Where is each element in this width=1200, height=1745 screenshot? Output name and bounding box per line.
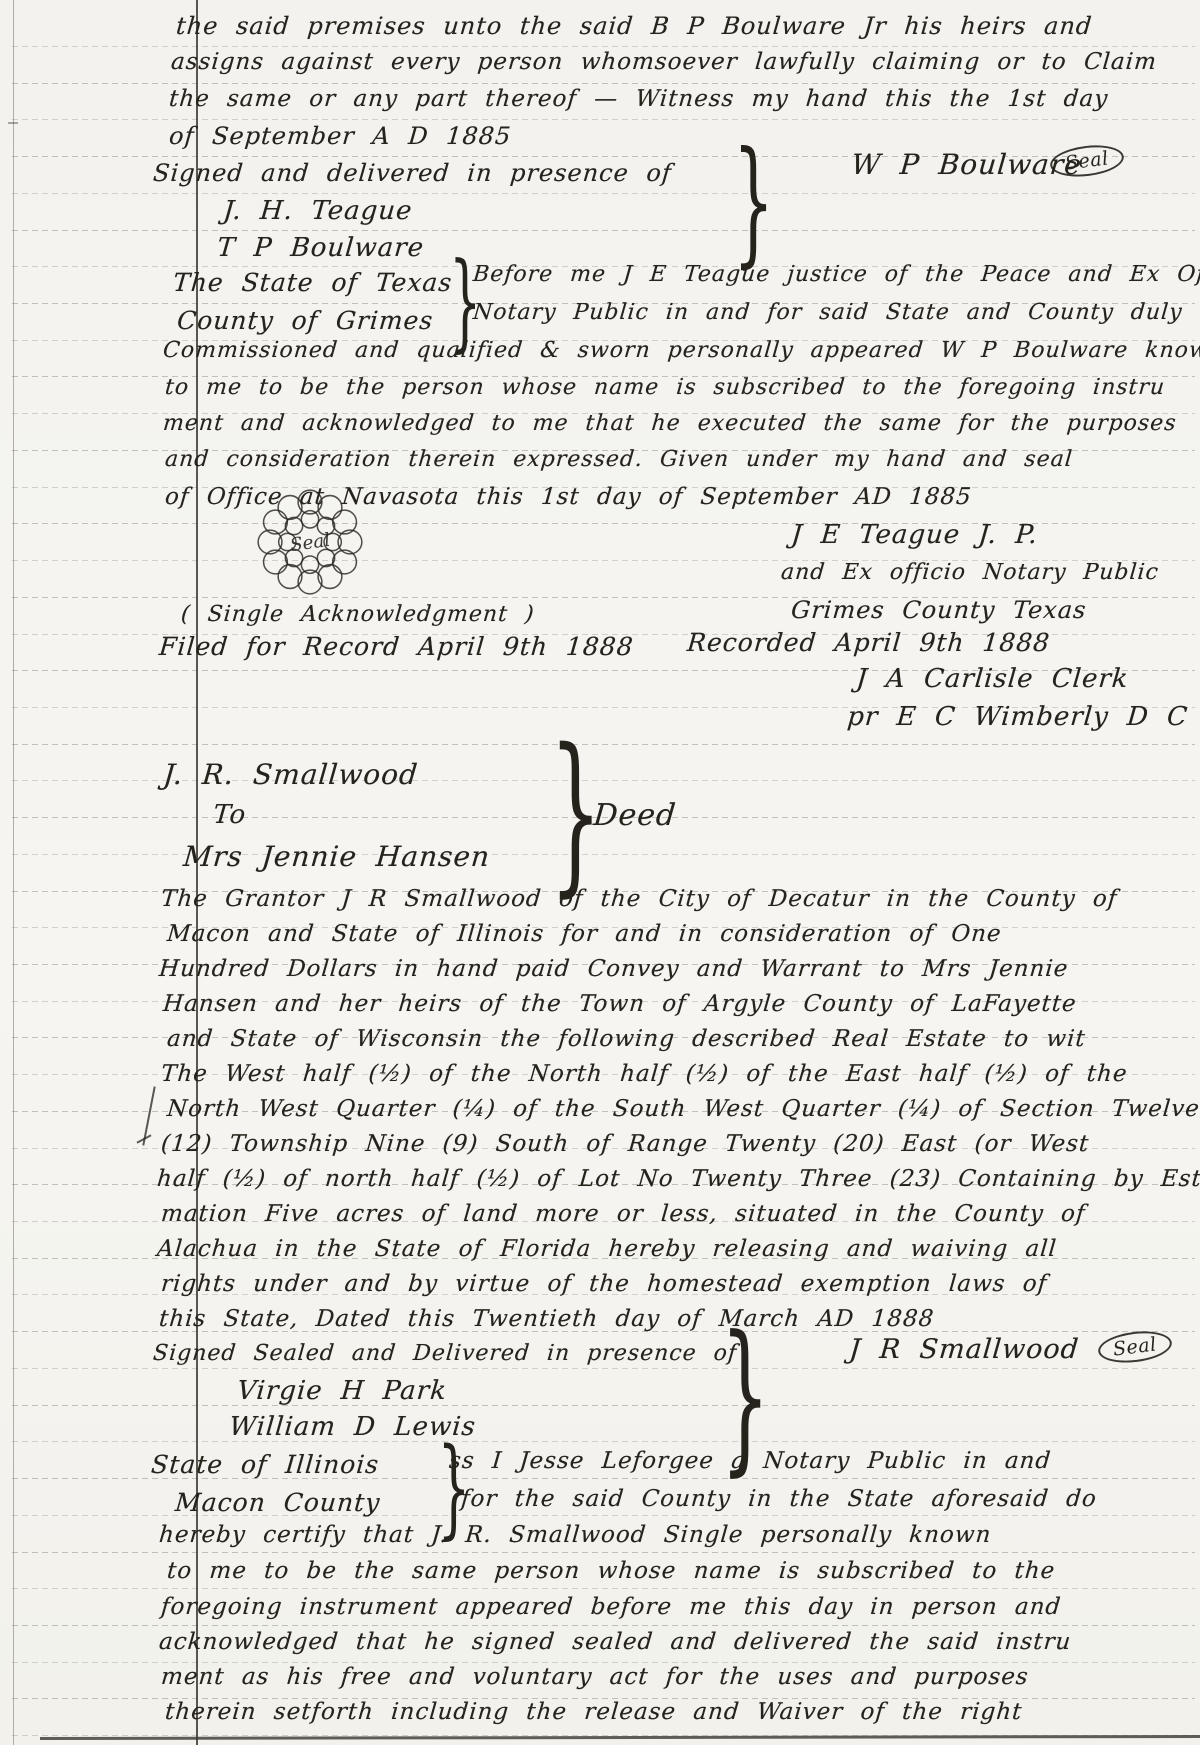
- line-attestation-2: Signed Sealed and Delivered in presence …: [152, 1341, 738, 1366]
- ruled-line: [12, 193, 1195, 194]
- signature-je-teague: J E Teague J. P.: [790, 520, 1039, 550]
- line-attestation-1: Signed and delivered in presence of: [152, 159, 673, 187]
- ruled-line: [12, 1588, 1195, 1589]
- line-ex-officio: and Ex officio Notary Public: [780, 560, 1160, 585]
- line-d12: rights under and by virtue of the homest…: [160, 1271, 1048, 1297]
- signature-ja-carlisle: J A Carlisle Clerk: [855, 664, 1130, 694]
- witness-jh-teague: J. H. Teague: [222, 196, 414, 226]
- line-e5: foregoing instrument appeared before me …: [160, 1594, 1062, 1620]
- ruled-line: [12, 1552, 1195, 1553]
- line-d10: mation Five acres of land more or less, …: [160, 1201, 1087, 1227]
- line-e6: acknowledged that he signed sealed and d…: [158, 1629, 1073, 1655]
- signature-jr-smallwood: J R Smallwood: [848, 1334, 1080, 1365]
- line-b3: Commissioned and qualified & sworn perso…: [162, 338, 1200, 363]
- filed-for-record: Filed for Record April 9th 1888: [158, 632, 635, 661]
- note-single-acknowledgment: ( Single Acknowledgment ): [180, 602, 536, 627]
- line-d13: this State, Dated this Twentieth day of …: [158, 1306, 935, 1332]
- line-a4: of September A D 1885: [168, 122, 513, 150]
- ruled-line: [12, 1662, 1195, 1663]
- line-e8: therein setforth including the release a…: [164, 1699, 1024, 1725]
- venue-county-grimes: County of Grimes: [176, 306, 435, 335]
- line-b7: of Office at Navasota this 1st day of Se…: [164, 484, 973, 510]
- line-e7: ment as his free and voluntary act for t…: [160, 1664, 1030, 1690]
- line-d11: Alachua in the State of Florida hereby r…: [156, 1236, 1058, 1262]
- ruled-line: [12, 1405, 1195, 1406]
- line-b4: to me to be the person whose name is sub…: [164, 375, 1166, 400]
- line-grimes-county-texas: Grimes County Texas: [790, 596, 1088, 624]
- page-edge-line: [13, 0, 14, 1745]
- ruled-line: [12, 119, 1195, 120]
- line-e3: hereby certify that J. R. Smallwood Sing…: [158, 1522, 993, 1548]
- ruled-line: [12, 1441, 1195, 1442]
- witness-virgie-park: Virgie H Park: [236, 1376, 448, 1406]
- deed-record-page: Seal the said premises unto the said B P…: [0, 0, 1200, 1745]
- witness-william-lewis: William D Lewis: [228, 1412, 477, 1442]
- line-a2: assigns against every person whomsoever …: [170, 49, 1158, 75]
- line-d1: The Grantor J R Smallwood of the City of…: [160, 886, 1118, 912]
- line-e4: to me to be the same person whose name i…: [166, 1558, 1056, 1584]
- line-b1: Before me J E Teague justice of the Peac…: [472, 262, 1200, 287]
- line-d7: North West Quarter (¼) of the South West…: [166, 1096, 1200, 1122]
- venue-state-texas: The State of Texas: [172, 268, 454, 297]
- signature-ec-wimberly: pr E C Wimberly D C: [846, 702, 1189, 732]
- venue-county-macon: Macon County: [174, 1488, 382, 1517]
- ruled-line: [12, 1368, 1195, 1369]
- page-bottom-edge: [40, 1735, 1200, 1740]
- line-e2: for the said County in the State aforesa…: [460, 1486, 1098, 1512]
- witness-tp-boulware: T P Boulware: [216, 233, 425, 263]
- grantor-name: J. R. Smallwood: [162, 758, 420, 791]
- signature-wp-boulware: W P Boulware: [850, 148, 1083, 181]
- line-d9: half (½) of north half (½) of Lot No Twe…: [156, 1166, 1200, 1192]
- instrument-type: Deed: [592, 798, 678, 833]
- line-d3: Hundred Dollars in hand paid Convey and …: [158, 956, 1069, 982]
- line-b6: and consideration therein expressed. Giv…: [164, 447, 1074, 472]
- notary-seal-label: Seal: [289, 530, 332, 556]
- stray-pen-mark: [8, 122, 18, 124]
- witness-brace-boulware: }: [733, 133, 774, 269]
- line-a1: the said premises unto the said B P Boul…: [175, 12, 1094, 40]
- line-d8: (12) Township Nine (9) South of Range Tw…: [160, 1131, 1090, 1157]
- recorded-date: Recorded April 9th 1888: [686, 628, 1051, 657]
- line-d6: The West half (½) of the North half (½) …: [160, 1061, 1129, 1087]
- line-a3: the same or any part thereof — Witness m…: [168, 86, 1109, 112]
- ruled-line: [12, 83, 1195, 84]
- ruled-line: [12, 1625, 1195, 1626]
- seal-oval-smallwood: Seal: [1096, 1328, 1173, 1367]
- ruled-line: [12, 46, 1195, 47]
- line-b2: Notary Public in and for said State and …: [472, 300, 1184, 325]
- line-d2: Macon and State of Illinois for and in c…: [166, 921, 1003, 947]
- ruled-line: [12, 230, 1195, 231]
- heading-to: To: [212, 800, 248, 830]
- line-e1: ss I Jesse Leforgee a Notary Public in a…: [448, 1448, 1052, 1474]
- grantee-name: Mrs Jennie Hansen: [182, 840, 492, 873]
- venue-state-illinois: State of Illinois: [150, 1450, 381, 1479]
- line-b5: ment and acknowledged to me that he exec…: [162, 411, 1178, 436]
- ruled-line: [12, 744, 1195, 745]
- line-d4: Hansen and her heirs of the Town of Argy…: [162, 991, 1078, 1017]
- line-d5: and State of Wisconsin the following des…: [166, 1026, 1087, 1052]
